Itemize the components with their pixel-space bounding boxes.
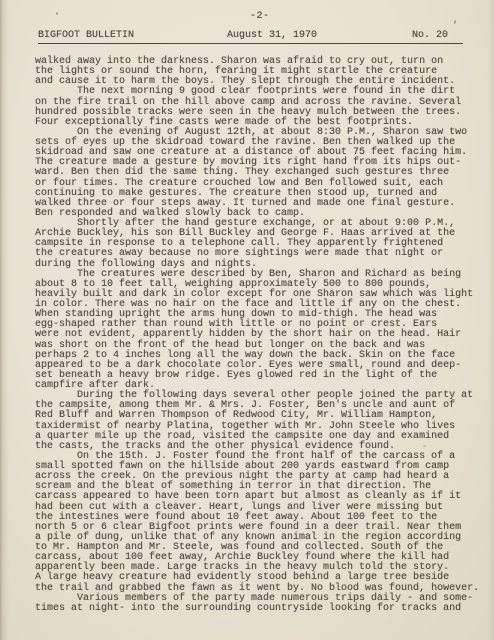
bulletin-date: August 31, 1970 bbox=[227, 30, 317, 41]
page-number: -2- bbox=[250, 11, 270, 22]
scan-speck bbox=[423, 445, 426, 447]
bulletin-title: BIGFOOT BULLETIN bbox=[38, 30, 134, 41]
document-page: -2- BIGFOOT BULLETIN August 31, 1970 No.… bbox=[0, 0, 494, 640]
article-text: walked away into the darkness. Sharon wa… bbox=[35, 57, 479, 614]
bulletin-issue-number: No. 20 bbox=[412, 30, 448, 41]
masthead: BIGFOOT BULLETIN August 31, 1970 No. 20 bbox=[38, 30, 463, 44]
scan-speck bbox=[56, 12, 58, 15]
scan-speck bbox=[454, 20, 457, 24]
